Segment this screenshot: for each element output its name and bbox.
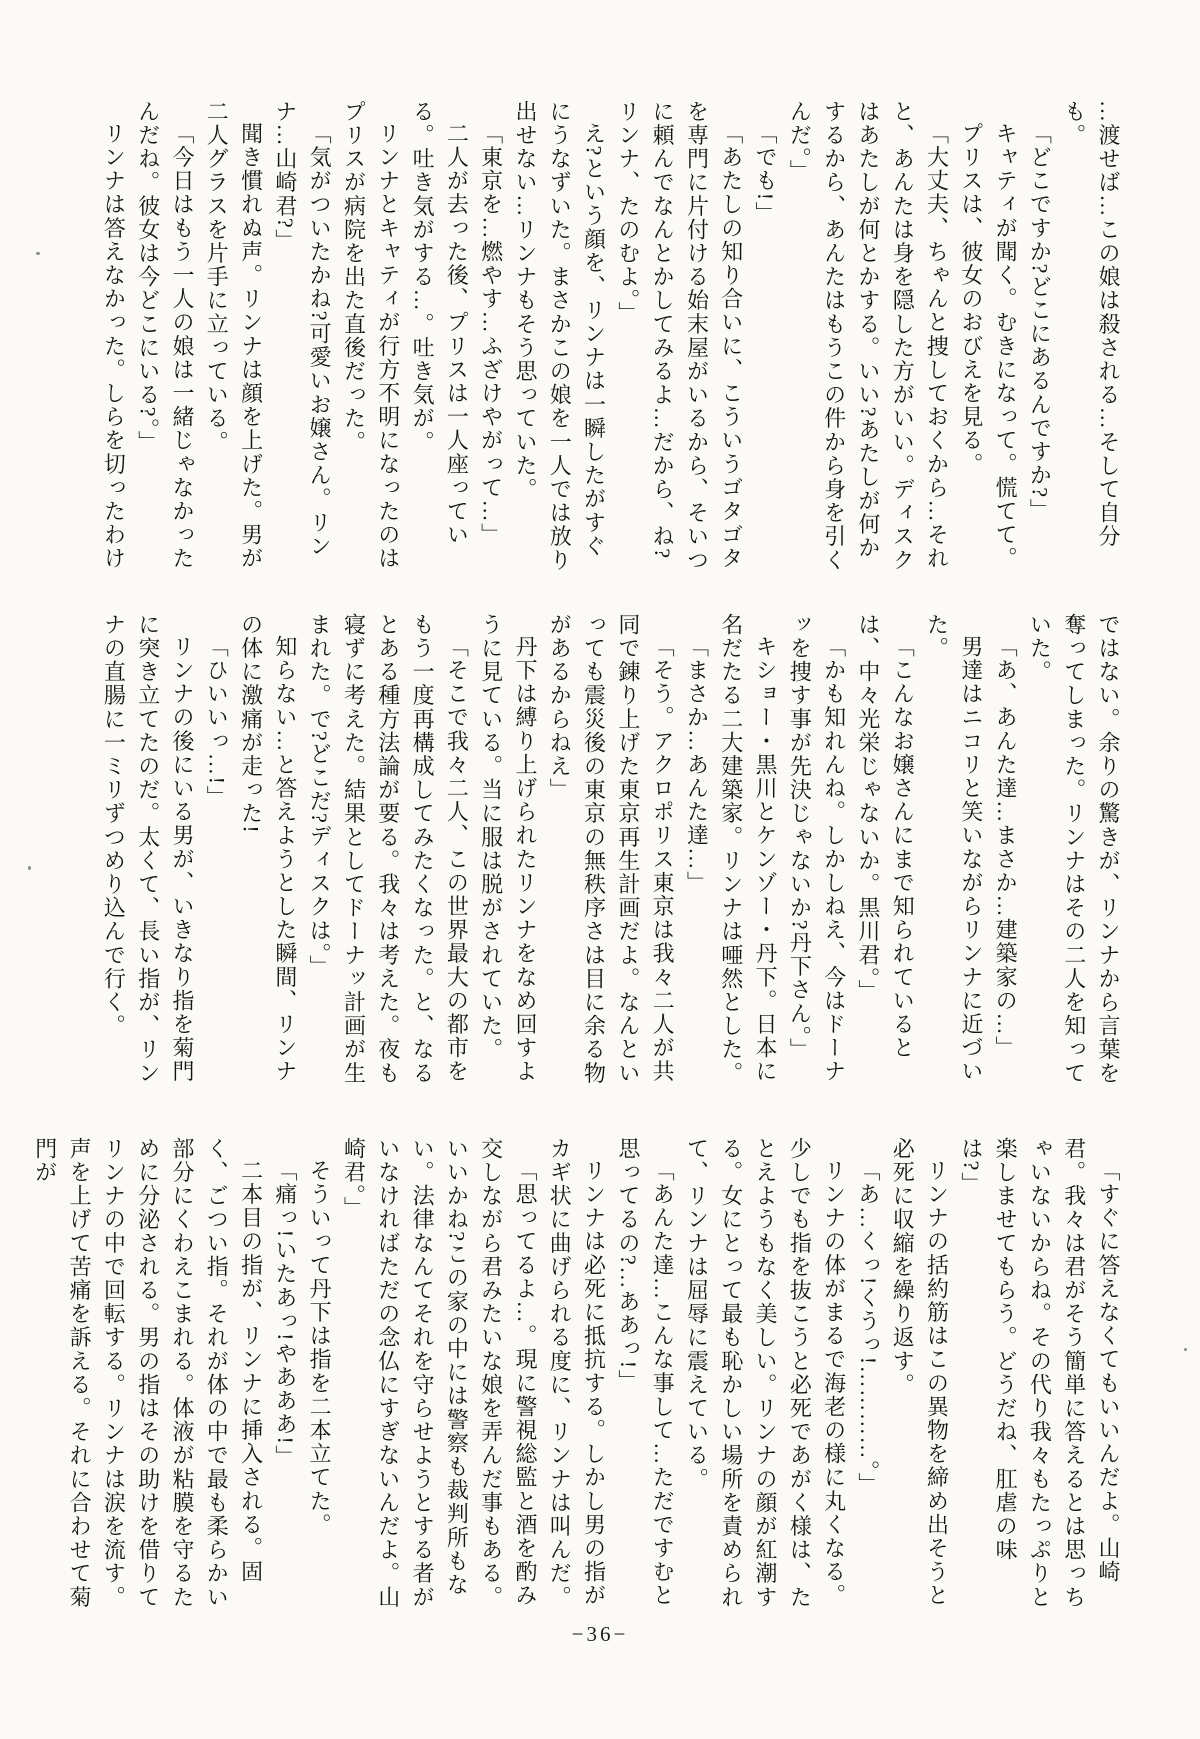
paragraph: 「あ…くっ!くうっ!…………。」 [851,1137,885,1609]
paragraph: え?という顔を、リンナは一瞬したがすぐにうなずいた。まさかこの娘を一人では放り出… [508,100,611,572]
page-number: −36− [0,1622,1200,1647]
paragraph: 「気がついたかね?可愛いお嬢さん。リンナ…山崎君?」 [268,100,337,572]
paragraph: プリスは、彼女のおびえを見る。 [954,100,988,572]
paragraph: 「でも!」 [748,100,782,572]
paragraph: 男達はニコリと笑いながらリンナに近づいた。 [919,613,988,1085]
paragraph: 知らない…と答えようとした瞬間、リンナの体に激痛が走った! [233,613,302,1085]
paragraph: 「どこですか?どこにあるんですか?」 [1022,100,1056,572]
paragraph: 「あたしの知り合いに、こういうゴタゴタを専門に片付ける始末屋がいるから、そいつに… [611,100,748,572]
scan-speck [36,252,40,255]
paragraph: 「かも知れんね。しかしねえ、今はドーナッを捜す事が先決じゃないか?丹下さん。」 [782,613,851,1085]
paragraph: 「今日はもう一人の娘は一緒じゃなかったんだね。彼女は今どこにいる?。」 [130,100,199,572]
paragraph: 丹下は縛り上げられたリンナをなめ回すように見ている。当に服は脱がされていた。 [473,613,542,1085]
paragraph: リンナは必死に抵抗する。しかし男の指がカギ状に曲げられる度に、リンナは叫んだ。 [542,1137,611,1609]
paragraph: 「そこで我々二人、この世界最大の都市をもう一度再構成してみたくなった。と、なると… [302,613,473,1085]
text-block-top: …渡せば…この娘は殺される…そして自分も。「どこですか?どこにあるんですか?」キ… [93,100,1125,572]
paragraph: そういって丹下は指を二本立てた。 [302,1137,336,1609]
paragraph: 二本目の指が、リンナに挿入される。固く、ごつい指。それが体の中で最も柔らかい部分… [28,1137,268,1609]
scanned-novel-page: …渡せば…この娘は殺される…そして自分も。「どこですか?どこにあるんですか?」キ… [0,0,1200,1739]
paragraph: 「すぐに答えなくてもいいんだよ。山崎君。我々は君がそう簡単に答えるとは思っちゃい… [954,1137,1125,1609]
text-block-middle: ではない。余りの驚きが、リンナから言葉を奪ってしまった。リンナはその二人を知って… [93,613,1125,1085]
paragraph: ではない。余りの驚きが、リンナから言葉を奪ってしまった。リンナはその二人を知って… [1022,613,1125,1085]
paragraph: リンナは答えなかった。しらを切ったわけ [96,100,130,572]
paragraph: 「思ってるよ…。現に警視総監と酒を酌み交しながら君みたいな娘を弄んだ事もある。い… [336,1137,542,1609]
paragraph: 二人が去った後、プリスは一人座っている。吐き気がする…。吐き気が。 [405,100,474,572]
paragraph: 「まさか…あんた達…」 [679,613,713,1085]
paragraph: 「痛っ!いたあっ!やあああ!」 [268,1137,302,1609]
paragraph: 聞き慣れぬ声。リンナは顔を上げた。男が二人グラスを片手に立っている。 [199,100,268,572]
paragraph: リンナとキャティが行方不明になったのはプリスが病院を出た直後だった。 [336,100,405,572]
paragraph: 「こんなお嬢さんにまで知られているとは、中々光栄じゃないか。黒川君。」 [851,613,920,1085]
scan-speck [1184,1348,1187,1351]
paragraph: キショー・黒川とケンゾー・丹下。日本に名だたる二大建築家。リンナは唖然とした。 [713,613,782,1085]
paragraph: 「大丈夫、ちゃんと捜しておくから…それと、あんたは身を隠した方がいい。ディスクは… [782,100,953,572]
paragraph: リンナの体がまるで海老の様に丸くなる。少しでも指を抜こうと必死であがく様は、たと… [679,1137,850,1609]
paragraph: 「あ、あんた達…まさか…建築家の…」 [988,613,1022,1085]
paragraph: 「そう。アクロポリス東京は我々二人が共同で錬り上げた東京再生計画だよ。なんといっ… [542,613,679,1085]
text-block-bottom: 「すぐに答えなくてもいいんだよ。山崎君。我々は君がそう簡単に答えるとは思っちゃい… [93,1137,1125,1609]
paragraph: キャティが聞く。むきになって。慌てて。 [988,100,1022,572]
paragraph: リンナの後にいる男が、いきなり指を菊門に突き立てたのだ。太くて、長い指が、リンナ… [96,613,199,1085]
paragraph: 「あんた達…こんな事して…ただですむと思ってるの?…ああっ!」 [611,1137,680,1609]
paragraph: 「ひいいっ…!」 [199,613,233,1085]
paragraph: 「東京を…燃やす…ふざけやがって…」 [473,100,507,572]
paragraph: …渡せば…この娘は殺される…そして自分も。 [1056,100,1125,572]
scan-speck [28,866,31,870]
paragraph: リンナの括約筋はこの異物を締め出そうと必死に収縮を繰り返す。 [885,1137,954,1609]
